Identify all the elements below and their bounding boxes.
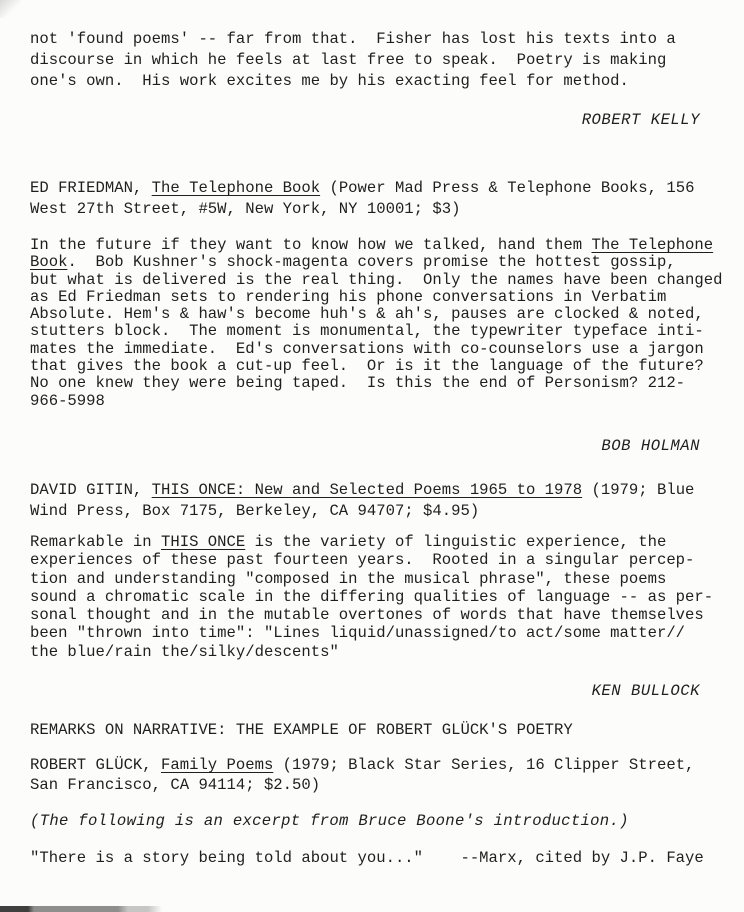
text-segment: In the future if they want to know how w…: [30, 236, 591, 254]
text-segment: West 27th Street, #5W, New York, NY 1000…: [30, 200, 460, 218]
text-line: San Francisco, CA 94114; $2.50): [30, 776, 694, 796]
text-segment: discourse in which he feels at last free…: [30, 51, 666, 69]
fisher-review-excerpt: not 'found poems' -- far from that. Fish…: [30, 29, 676, 92]
text-line: but what is delivered is the real thing.…: [30, 272, 722, 289]
text-line: Wind Press, Box 7175, Berkeley, CA 94707…: [30, 501, 694, 522]
underlined-text: THIS ONCE: New and Selected Poems 1965 t…: [152, 481, 582, 499]
text-line: ED FRIEDMAN, The Telephone Book (Power M…: [30, 178, 694, 199]
gluck-book-heading: ROBERT GLÜCK, Family Poems (1979; Black …: [30, 756, 694, 795]
text-segment: but what is delivered is the real thing.…: [30, 271, 722, 289]
attribution-ken-bullock: KEN BULLOCK: [592, 682, 700, 700]
underlined-text: The Telephone Book: [152, 179, 320, 197]
text-segment: sonal thought and in the mutable overton…: [30, 606, 704, 624]
gitin-book-heading: DAVID GITIN, THIS ONCE: New and Selected…: [30, 480, 694, 521]
underlined-text: The Telephone: [591, 236, 713, 254]
text-segment: ED FRIEDMAN,: [30, 179, 152, 197]
text-segment: the blue/rain the/silky/descents": [30, 643, 339, 661]
text-segment: . Bob Kushner's shock-magenta covers pro…: [67, 253, 675, 271]
text-line: 966-5998: [30, 393, 722, 410]
text-line: West 27th Street, #5W, New York, NY 1000…: [30, 199, 694, 220]
text-segment: one's own. His work excites me by his ex…: [30, 72, 629, 90]
text-line: DAVID GITIN, THIS ONCE: New and Selected…: [30, 480, 694, 501]
text-segment: (1979; Black Star Series, 16 Clipper Str…: [273, 756, 694, 774]
text-line: In the future if they want to know how w…: [30, 237, 722, 254]
text-line: not 'found poems' -- far from that. Fish…: [30, 29, 676, 50]
text-segment: not 'found poems' -- far from that. Fish…: [30, 30, 676, 48]
text-segment: sound a chromatic scale in the differing…: [30, 588, 713, 606]
text-line: No one knew they were being taped. Is th…: [30, 375, 722, 392]
text-line: the blue/rain the/silky/descents": [30, 643, 713, 661]
text-segment: San Francisco, CA 94114; $2.50): [30, 776, 320, 794]
text-line: discourse in which he feels at last free…: [30, 50, 676, 71]
text-segment: is the variety of linguistic experience,…: [245, 533, 666, 551]
text-segment: tion and understanding "composed in the …: [30, 570, 666, 588]
text-line: that gives the book a cut-up feel. Or is…: [30, 358, 722, 375]
text-segment: DAVID GITIN,: [30, 481, 152, 499]
friedman-book-heading: ED FRIEDMAN, The Telephone Book (Power M…: [30, 178, 694, 220]
underlined-text: Family Poems: [161, 756, 273, 774]
text-line: ROBERT GLÜCK, Family Poems (1979; Black …: [30, 756, 694, 776]
text-line: tion and understanding "composed in the …: [30, 570, 713, 588]
text-segment: stutters block. The moment is monumental…: [30, 322, 704, 340]
text-segment: as Ed Friedman sets to rendering his pho…: [30, 288, 666, 306]
gitin-review-body: Remarkable in THIS ONCE is the variety o…: [30, 533, 713, 661]
text-line: Absolute. Hem's & haw's become huh's & a…: [30, 306, 722, 323]
text-segment: (Power Mad Press & Telephone Books, 156: [320, 179, 694, 197]
text-segment: mates the immediate. Ed's conversations …: [30, 340, 704, 358]
text-line: stutters block. The moment is monumental…: [30, 323, 722, 340]
text-line: experiences of these past fourteen years…: [30, 551, 713, 569]
text-line: sonal thought and in the mutable overton…: [30, 606, 713, 624]
text-segment: No one knew they were being taped. Is th…: [30, 374, 685, 392]
page-curl-artifact-fill: [0, 0, 22, 18]
text-line: mates the immediate. Ed's conversations …: [30, 341, 722, 358]
editor-note-excerpt-source: (The following is an excerpt from Bruce …: [30, 812, 629, 830]
attribution-robert-kelly: ROBERT KELLY: [582, 111, 700, 129]
underlined-text: Book: [30, 253, 67, 271]
underlined-text: THIS ONCE: [161, 533, 245, 551]
text-line: Book. Bob Kushner's shock-magenta covers…: [30, 254, 722, 271]
text-segment: (1979; Blue: [582, 481, 694, 499]
marx-epigraph-quote: "There is a story being told about you..…: [30, 849, 704, 867]
scan-smudge-artifact: [0, 906, 162, 912]
friedman-review-body: In the future if they want to know how w…: [30, 237, 722, 410]
text-segment: 966-5998: [30, 392, 105, 410]
text-line: one's own. His work excites me by his ex…: [30, 71, 676, 92]
text-segment: experiences of these past fourteen years…: [30, 551, 694, 569]
text-segment: that gives the book a cut-up feel. Or is…: [30, 357, 704, 375]
text-segment: Wind Press, Box 7175, Berkeley, CA 94707…: [30, 502, 479, 520]
text-segment: ROBERT GLÜCK,: [30, 756, 161, 774]
text-line: sound a chromatic scale in the differing…: [30, 588, 713, 606]
scanned-document-page: not 'found poems' -- far from that. Fish…: [0, 0, 744, 912]
text-line: as Ed Friedman sets to rendering his pho…: [30, 289, 722, 306]
text-segment: Remarkable in: [30, 533, 161, 551]
text-line: been "thrown into time": "Lines liquid/u…: [30, 624, 713, 642]
gluck-essay-title: REMARKS ON NARRATIVE: THE EXAMPLE OF ROB…: [30, 721, 573, 739]
attribution-bob-holman: BOB HOLMAN: [601, 437, 700, 455]
text-line: Remarkable in THIS ONCE is the variety o…: [30, 533, 713, 551]
text-segment: Absolute. Hem's & haw's become huh's & a…: [30, 305, 704, 323]
text-segment: been "thrown into time": "Lines liquid/u…: [30, 624, 685, 642]
